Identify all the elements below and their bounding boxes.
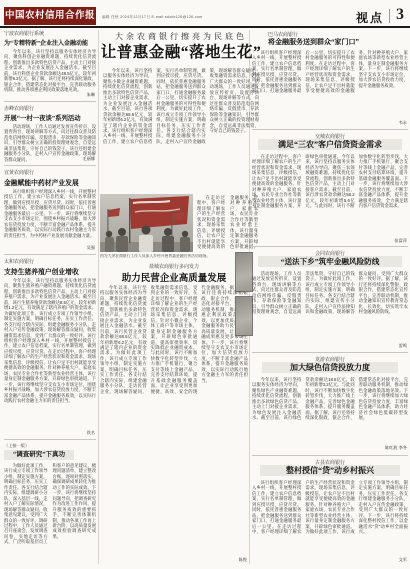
article-headline: 金融赋能中药材产业发展 xyxy=(4,177,96,187)
left-rail: 宁波农商银行系统 为“专精特新”企业注入金融动能 今年以来，该行坚持以服务实体经… xyxy=(4,30,96,569)
right-article-guxian: 该行组织客户经理深入乡村一线，开展整村授信工作，建立农户信息档案，实行名单制管理… xyxy=(252,480,408,563)
article-kicker: 宜黄农商银行 xyxy=(4,169,96,176)
article-body: 今年以来，该行坚持以服务实体经济为导向，聚焦科创企业融资难题，持续优化信贷流程，… xyxy=(4,49,96,98)
right-article-byline: 雷鸣 xyxy=(395,343,407,349)
article-body: 今年以来，该行坚持以服务实体经济为导向，聚焦生猪养殖户融资难题，持续优化信贷流程… xyxy=(4,278,96,436)
article-separator xyxy=(252,455,408,456)
article-separator xyxy=(4,101,96,102)
newspaper-page: { "page": { "brand": "中国农村信用合作报", "datel… xyxy=(0,0,410,569)
article-yihuang: 宜黄农商银行 金融赋能中药材产业发展 该行组织客户经理深入乡村一线，开展整村授信… xyxy=(4,169,96,251)
thumb-photo-1-caption: 活动现场 xyxy=(235,291,251,294)
article-headline: 支持生猪养殖户创业增收 xyxy=(4,266,96,276)
article-separator xyxy=(4,254,96,255)
mid-article-byline: 陈悦 xyxy=(235,557,247,563)
right-article-body: 该行组织客户经理深入乡村一线，开展整村授信工作，建立农户信息档案，实行名单制管理… xyxy=(252,480,408,563)
continuation-body: 为做好此项工作，该行成立专项工作领导小组，制定实施方案，明确目标任务，压实工作责… xyxy=(4,463,96,569)
article-separator xyxy=(252,129,408,130)
right-article-byline: 韦永 xyxy=(395,120,407,126)
mid-article: 今年以来，该行坚持以服务实体经济为导向，聚焦民营企业融资难题，持续优化信贷流程，… xyxy=(100,285,248,563)
article-body: 该行组织客户经理深入乡村一线，开展整村授信工作，建立农户信息档案，实行名单制管理… xyxy=(4,189,96,251)
news-photo-image xyxy=(100,194,193,252)
article-byline: 毛丽娜 xyxy=(78,156,95,162)
article-separator xyxy=(252,246,408,247)
mid-article-headline: 助力民营企业高质量发展 xyxy=(100,270,248,284)
right-article-headline: 满足“三农”客户信贷资金需求 xyxy=(258,139,402,150)
right-article-headline: 加大绿色信贷投放力度 xyxy=(262,362,398,373)
right-article-jiaocheng: 在走访过程中，客户经理详细了解农户的生产经营状况和资金需求，现场采集信息、评级授… xyxy=(252,154,408,244)
right-article-headline: 将金融服务送到群众“家门口” xyxy=(268,37,359,47)
right-article-byline: 陈红波 李冬 xyxy=(381,445,407,451)
page-number: 3 xyxy=(396,6,404,24)
article-kicker: 赤峰农商银行 xyxy=(4,105,96,112)
article-headline: 开展“一村一夜谈”系列活动 xyxy=(4,113,96,122)
column-divider-left xyxy=(98,30,99,564)
article-byline: 佚名 xyxy=(83,430,95,436)
continuation-headline: “调查研究”下真功 xyxy=(4,450,74,460)
right-article-headline: 整村授信“贷”动乡村振兴 xyxy=(260,465,400,476)
right-article-huitong: 活动现场，工作人员通过发放宣传折页、设置咨询台、现场讲解等方式，向过往群众普及防… xyxy=(252,271,408,349)
right-article-body: 活动现场，工作人员通过发放宣传折页、设置咨询台、现场讲解等方式，向过往群众普及防… xyxy=(252,271,408,349)
article-headline: 为“专精特新”企业注入金融动能 xyxy=(4,38,96,47)
continuation-note: （上接一版） xyxy=(4,443,96,449)
thumb-photo-1 xyxy=(235,252,253,292)
article-separator xyxy=(4,439,96,440)
right-article-bama: 该行组织客户经理深入乡村一线，开展整村授信工作，建立农户信息档案，实行名单制管理… xyxy=(252,50,408,126)
page-number-divider xyxy=(389,9,391,23)
article-kicker: 宁波农商银行系统 xyxy=(4,30,96,37)
right-article-body: 该行组织客户经理深入乡村一线，开展整村授信工作，建立农户信息档案，实行名单制管理… xyxy=(252,50,408,126)
main-article-body-side: 在走访过程中，客户经理详细了解农户的生产经营状况和资金需求，现场采集信息、评级授… xyxy=(197,195,258,251)
right-article-headline: “送法下乡”筑牢金融风险防线 xyxy=(258,256,402,267)
right-article-byline: 张富萍 xyxy=(390,238,407,244)
article-byline: 吴强 xyxy=(83,245,95,251)
main-article-headline: 让普惠金融“落地生花” xyxy=(100,40,262,62)
article-separator xyxy=(4,165,96,166)
masthead-brand: 中国农村信用合作报 xyxy=(4,7,96,25)
mid-article-kicker: 盐城农商银行多向发力 xyxy=(100,263,248,270)
right-article-body: 今年以来，该行坚持以服务实体经济为导向，聚焦绿色产业融资难题，持续优化信贷流程，… xyxy=(252,377,408,451)
article-chifeng: 赤峰农商银行 开展“一村一夜谈”系列活动 活动现场，工作人员通过发放宣传折页、设… xyxy=(4,105,96,162)
article-kicker: 太和农商银行 xyxy=(4,258,96,265)
news-photo xyxy=(100,194,193,252)
article-ningbo: 宁波农商银行系统 为“专精特新”企业注入金融动能 今年以来，该行坚持以服务实体经… xyxy=(4,30,96,98)
right-article-body: 在走访过程中，客户经理详细了解农户的生产经营状况和资金需求，现场采集信息、评级授… xyxy=(252,154,408,244)
article-separator xyxy=(252,352,408,353)
dateline: 编辑 任秋 2024年12月17日 E-mail:sdzkb126@126.co… xyxy=(102,15,202,20)
section-label: 视点 xyxy=(356,9,384,26)
right-article-longyou: 今年以来，该行坚持以服务实体经济为导向，聚焦绿色产业融资难题，持续优化信贷流程，… xyxy=(252,377,408,451)
right-article-byline: 文军 xyxy=(395,557,407,563)
mid-article-body: 今年以来，该行坚持以服务实体经济为导向，聚焦民营企业融资难题，持续优化信贷流程，… xyxy=(100,285,248,563)
header-rule xyxy=(0,26,410,28)
article-continuation: （上接一版） “调查研究”下真功 为做好此项工作，该行成立专项工作领导小组，制定… xyxy=(4,443,96,569)
article-byline: 朱琳 xyxy=(83,92,95,98)
thumb-photo-2 xyxy=(235,296,253,336)
article-taihe: 太和农商银行 支持生猪养殖户创业增收 今年以来，该行坚持以服务实体经济为导向，聚… xyxy=(4,258,96,436)
main-article-body: 今年以来，该行坚持以服务实体经济为导向，聚焦小微企业融资难题，持续优化信贷流程，… xyxy=(103,68,259,192)
thumb-photo-2-caption: 入户走访 xyxy=(235,335,251,338)
